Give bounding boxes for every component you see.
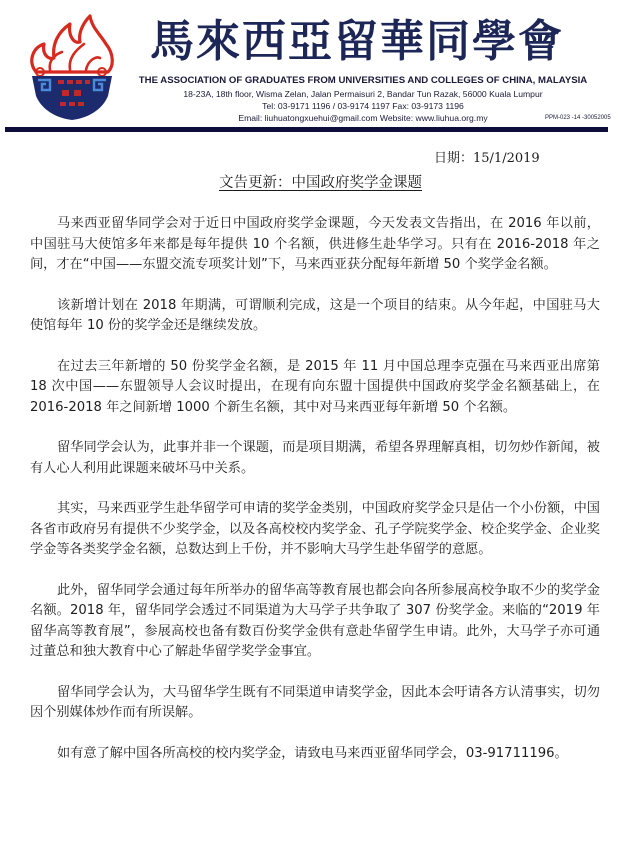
org-phone-fax: Tel: 03-9171 1196 / 03-9174 1197 Fax: 03…: [128, 101, 598, 111]
paragraph-8: 如有意了解中国各所高校的校内奖学金，请致电马来西亚留华同学会，03-917111…: [30, 744, 600, 765]
header-divider: [5, 127, 608, 132]
document-title-text: 文告更新：中国政府奖学金课题: [219, 175, 422, 191]
flame-cauldron-logo-icon: [26, 14, 118, 122]
letterhead: 馬來西亞留華同學會 THE ASSOCIATION OF GRADUATES F…: [0, 0, 641, 140]
org-name-chinese: 馬來西亞留華同學會: [150, 18, 560, 66]
document-title: 文告更新：中国政府奖学金课题: [0, 171, 641, 192]
paragraph-4: 留华同学会认为，此事并非一个课题，而是项目期满，希望各界理解真相，切勿炒作新闻，…: [30, 438, 600, 479]
registration-number: PPM-023 -14 -30052005: [545, 115, 611, 121]
paragraph-5: 其实，马来西亚学生赴华留学可申请的奖学金类别，中国政府奖学金只是佔一个小份额，中…: [30, 499, 600, 561]
org-address: 18-23A, 18th floor, Wisma Zelan, Jalan P…: [128, 89, 598, 99]
paragraph-7: 留华同学会认为，大马留华学生既有不同渠道申请奖学金，因此本会吁请各方认清事实，切…: [30, 683, 600, 724]
document-body: 马来西亚留华同学会对于近日中国政府奖学金课题，今天发表文告指出，在 2016 年…: [30, 214, 600, 784]
paragraph-3: 在过去三年新增的 50 份奖学金名额，是 2015 年 11 月中国总理李克强在…: [30, 357, 600, 419]
paragraph-1: 马来西亚留华同学会对于近日中国政府奖学金课题，今天发表文告指出，在 2016 年…: [30, 214, 600, 276]
org-email-website: Email: liuhuatongxuehui@gmail.com Websit…: [128, 113, 598, 123]
paragraph-6: 此外，留华同学会通过每年所举办的留华高等教育展也都会向各所参展高校争取不少的奖学…: [30, 581, 600, 663]
org-name-english: THE ASSOCIATION OF GRADUATES FROM UNIVER…: [128, 75, 598, 86]
paragraph-2: 该新增计划在 2018 年期满，可谓顺利完成，这是一个项目的结束。从今年起，中国…: [30, 296, 600, 337]
document-date: 日期：15/1/2019: [434, 147, 540, 166]
